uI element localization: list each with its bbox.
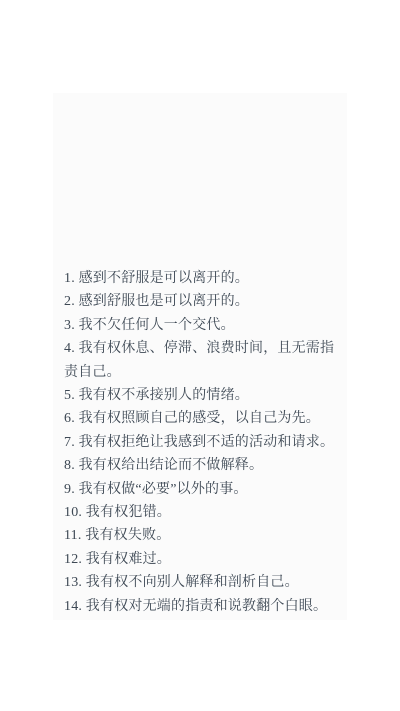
list-item: 12. 我有权难过。 bbox=[64, 548, 346, 571]
list-item: 3. 我不欠任何人一个交代。 bbox=[64, 314, 346, 337]
list-item: 1. 感到不舒服是可以离开的。 bbox=[64, 267, 346, 290]
list-item: 9. 我有权做“必要”以外的事。 bbox=[64, 478, 346, 501]
list-item: 14. 我有权对无端的指责和说教翻个白眼。 bbox=[64, 595, 346, 618]
list-item: 6. 我有权照顾自己的感受，以自己为先。 bbox=[64, 407, 346, 430]
text-card: 1. 感到不舒服是可以离开的。 2. 感到舒服也是可以离开的。 3. 我不欠任何… bbox=[53, 93, 347, 620]
list-item: 2. 感到舒服也是可以离开的。 bbox=[64, 290, 346, 313]
list-item: 8. 我有权给出结论而不做解释。 bbox=[64, 454, 346, 477]
list-item: 7. 我有权拒绝让我感到不适的活动和请求。 bbox=[64, 431, 346, 454]
rights-list: 1. 感到不舒服是可以离开的。 2. 感到舒服也是可以离开的。 3. 我不欠任何… bbox=[64, 267, 346, 618]
list-item: 5. 我有权不承接别人的情绪。 bbox=[64, 384, 346, 407]
list-item: 4. 我有权休息、停滞、浪费时间，且无需指责自己。 bbox=[64, 337, 346, 384]
list-item: 11. 我有权失败。 bbox=[64, 524, 346, 547]
list-item: 13. 我有权不向别人解释和剖析自己。 bbox=[64, 571, 346, 594]
list-item: 10. 我有权犯错。 bbox=[64, 501, 346, 524]
page-background: 1. 感到不舒服是可以离开的。 2. 感到舒服也是可以离开的。 3. 我不欠任何… bbox=[0, 0, 400, 711]
